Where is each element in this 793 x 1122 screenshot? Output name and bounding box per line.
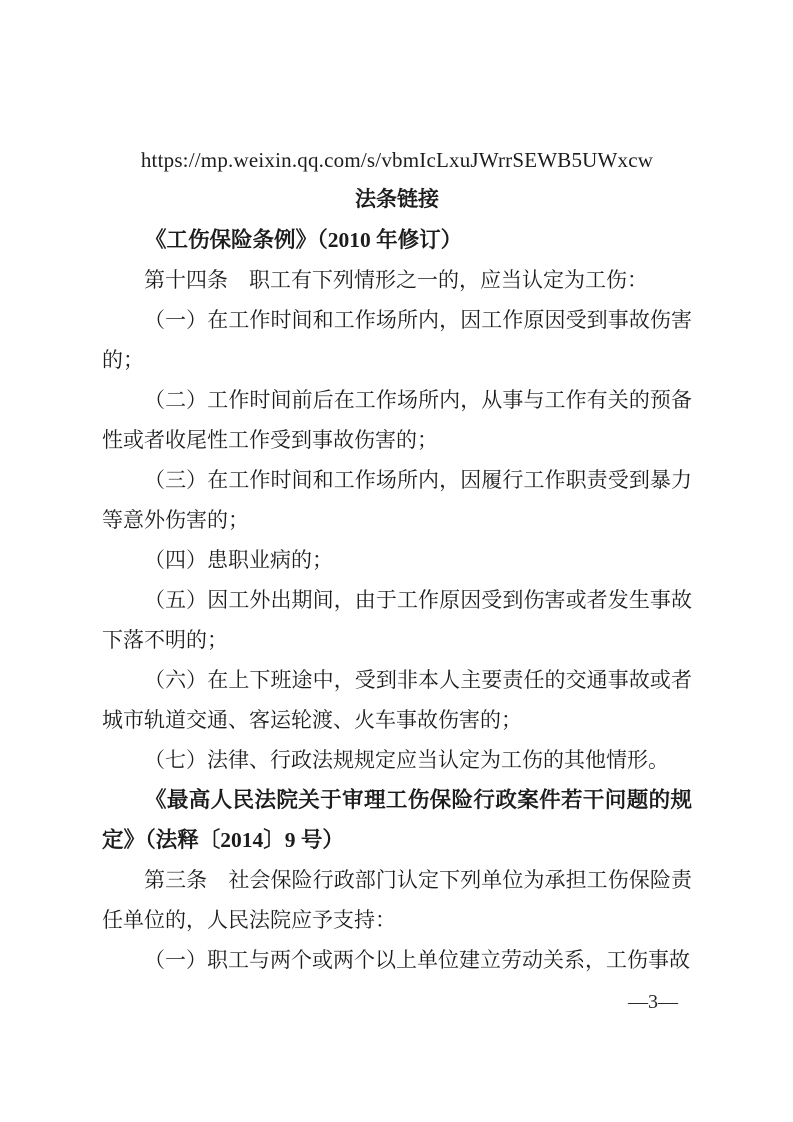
statute-section-2: 《最高人民法院关于审理工伤保险行政案件若干问题的规定》（法释〔2014〕9 号）… <box>102 780 692 980</box>
legal-paragraph: （四）患职业病的； <box>102 540 692 580</box>
legal-paragraph: （一）职工与两个或两个以上单位建立劳动关系，工伤事故 <box>102 940 692 980</box>
document-content: https://mp.weixin.qq.com/s/vbmIcLxuJWrrS… <box>102 140 692 980</box>
legal-paragraph: 第三条 社会保险行政部门认定下列单位为承担工伤保险责任单位的，人民法院应予支持： <box>102 860 692 940</box>
statute-heading-2: 《最高人民法院关于审理工伤保险行政案件若干问题的规定》（法释〔2014〕9 号） <box>102 780 692 860</box>
article-url: https://mp.weixin.qq.com/s/vbmIcLxuJWrrS… <box>102 140 692 180</box>
legal-paragraph: （五）因工外出期间，由于工作原因受到伤害或者发生事故下落不明的； <box>102 580 692 660</box>
document-page: https://mp.weixin.qq.com/s/vbmIcLxuJWrrS… <box>0 0 793 1122</box>
page-number: —3— <box>628 991 678 1014</box>
legal-paragraph: （六）在上下班途中，受到非本人主要责任的交通事故或者城市轨道交通、客运轮渡、火车… <box>102 660 692 740</box>
legal-paragraph: （七）法律、行政法规规定应当认定为工伤的其他情形。 <box>102 740 692 780</box>
statute-section-1: 《工伤保险条例》（2010 年修订） 第十四条 职工有下列情形之一的，应当认定为… <box>102 220 692 780</box>
legal-paragraph: （三）在工作时间和工作场所内，因履行工作职责受到暴力等意外伤害的； <box>102 460 692 540</box>
statute-heading-1: 《工伤保险条例》（2010 年修订） <box>102 220 692 260</box>
legal-paragraph: 第十四条 职工有下列情形之一的，应当认定为工伤： <box>102 260 692 300</box>
legal-paragraph: （二）工作时间前后在工作场所内，从事与工作有关的预备性或者收尾性工作受到事故伤害… <box>102 380 692 460</box>
legal-paragraph: （一）在工作时间和工作场所内，因工作原因受到事故伤害的； <box>102 300 692 380</box>
page-title: 法条链接 <box>102 180 692 220</box>
